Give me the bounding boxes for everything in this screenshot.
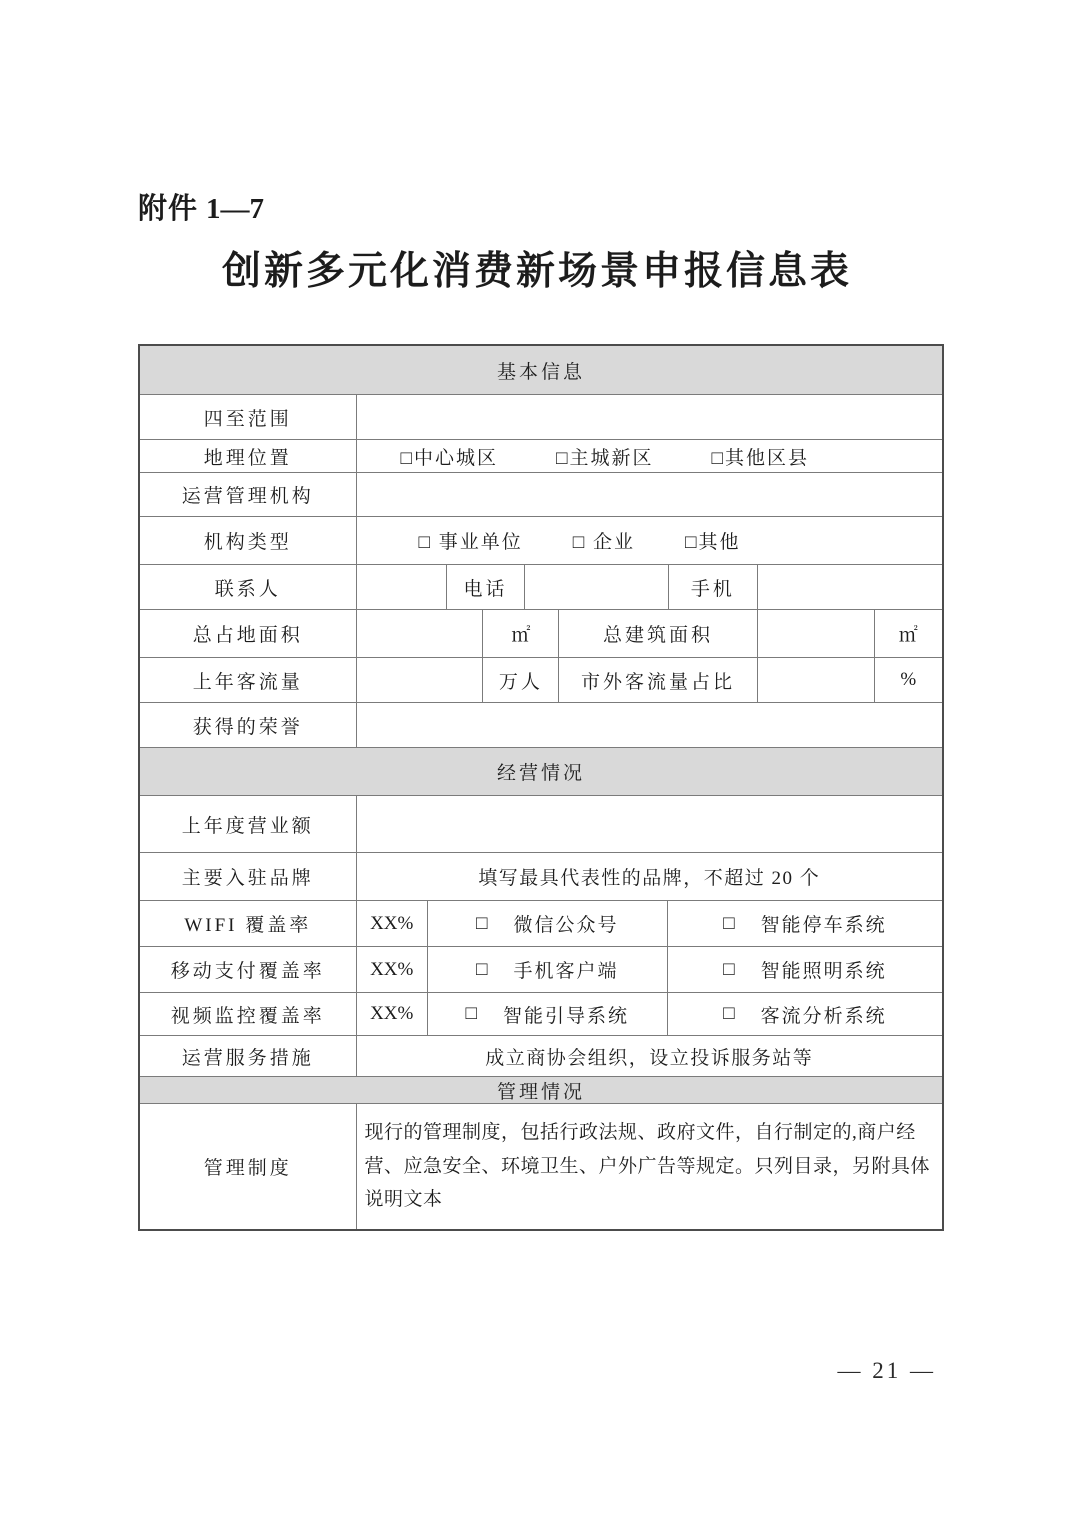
checkbox-smart-parking-system[interactable]: □ 智能停车系统 [668, 901, 942, 946]
mobile-label: 手机 [669, 565, 757, 609]
phone-input[interactable] [525, 565, 669, 609]
outside-ratio-input[interactable] [758, 658, 875, 702]
scope-input[interactable] [357, 395, 942, 439]
building-area-unit: ㎡ [875, 610, 942, 657]
brands-label: 主要入驻品牌 [140, 853, 357, 900]
checkbox-icon: □ [466, 1003, 477, 1025]
document-page: 附件1—7 创新多元化消费新场景申报信息表 基本信息 四至范围 地理位置 □中心… [0, 0, 1074, 1520]
revenue-label: 上年度营业额 [140, 796, 357, 852]
attachment-number: 1—7 [206, 193, 264, 225]
row-section-management: 管理情况 [140, 1077, 942, 1104]
phone-label: 电话 [447, 565, 525, 609]
row-scope: 四至范围 [140, 395, 942, 440]
visitor-analysis-option-label: 客流分析系统 [761, 1001, 887, 1028]
row-section-operation: 经营情况 [140, 748, 942, 796]
row-operating-org: 运营管理机构 [140, 473, 942, 517]
visitor-flow-label: 上年客流量 [140, 658, 357, 702]
row-honors: 获得的荣誉 [140, 703, 942, 748]
wechat-option-label: 微信公众号 [514, 910, 619, 937]
checkbox-public-institution[interactable]: □ 事业单位 [419, 527, 523, 554]
building-area-label: 总建筑面积 [559, 610, 757, 657]
checkbox-mobile-app[interactable]: □ 手机客户端 [428, 947, 668, 992]
row-wifi: WIFI 覆盖率 XX% □ 微信公众号 □ 智能停车系统 [140, 901, 942, 947]
service-measures-label: 运营服务措施 [140, 1036, 357, 1076]
scope-label: 四至范围 [140, 395, 357, 439]
mobile-input[interactable] [758, 565, 942, 609]
page-title: 创新多元化消费新场景申报信息表 [0, 240, 1074, 296]
checkbox-smart-guide-system[interactable]: □ 智能引导系统 [428, 993, 668, 1035]
row-visitor-flow: 上年客流量 万人 市外客流量占比 % [140, 658, 942, 703]
checkbox-icon: □ [723, 959, 734, 981]
row-service-measures: 运营服务措施 成立商协会组织，设立投诉服务站等 [140, 1036, 942, 1077]
checkbox-smart-lighting-system[interactable]: □ 智能照明系统 [668, 947, 942, 992]
section-header-basic: 基本信息 [140, 346, 942, 394]
wifi-coverage-label: WIFI 覆盖率 [140, 901, 357, 946]
management-rules-label: 管理制度 [140, 1104, 357, 1229]
land-area-input[interactable] [357, 610, 484, 657]
smart-guide-option-label: 智能引导系统 [503, 1001, 629, 1028]
checkbox-icon: □ [723, 1003, 734, 1025]
org-type-label: 机构类型 [140, 517, 357, 564]
building-area-input[interactable] [758, 610, 875, 657]
row-mobile-pay: 移动支付覆盖率 XX% □ 手机客户端 □ 智能照明系统 [140, 947, 942, 993]
location-options: □中心城区 □主城新区 □其他区县 [357, 440, 942, 472]
attachment-prefix: 附件 [138, 193, 198, 225]
contact-name-input[interactable] [357, 565, 448, 609]
location-label: 地理位置 [140, 440, 357, 472]
row-section-basic: 基本信息 [140, 346, 942, 395]
checkbox-icon: □ [723, 913, 734, 935]
row-location: 地理位置 □中心城区 □主城新区 □其他区县 [140, 440, 942, 473]
service-measures-input[interactable]: 成立商协会组织，设立投诉服务站等 [357, 1036, 942, 1076]
checkbox-enterprise[interactable]: □ 企业 [573, 527, 635, 554]
mobile-pay-coverage-value[interactable]: XX% [357, 947, 428, 992]
row-land-area: 总占地面积 ㎡ 总建筑面积 ㎡ [140, 610, 942, 658]
checkbox-icon: □ [476, 913, 487, 935]
checkbox-main-city-new-district[interactable]: □主城新区 [556, 443, 653, 470]
section-header-management: 管理情况 [140, 1077, 942, 1103]
smart-parking-option-label: 智能停车系统 [761, 910, 887, 937]
section-header-operation: 经营情况 [140, 748, 942, 795]
smart-lighting-option-label: 智能照明系统 [761, 956, 887, 983]
row-revenue: 上年度营业额 [140, 796, 942, 853]
mobile-app-option-label: 手机客户端 [514, 956, 619, 983]
wifi-coverage-value[interactable]: XX% [357, 901, 428, 946]
row-video-monitor: 视频监控覆盖率 XX% □ 智能引导系统 □ 客流分析系统 [140, 993, 942, 1036]
land-area-label: 总占地面积 [140, 610, 357, 657]
checkbox-visitor-analysis-system[interactable]: □ 客流分析系统 [668, 993, 942, 1035]
row-org-type: 机构类型 □ 事业单位 □ 企业 □其他 [140, 517, 942, 565]
page-number: — 21 — [838, 1358, 937, 1384]
operating-org-input[interactable] [357, 473, 942, 516]
operating-org-label: 运营管理机构 [140, 473, 357, 516]
org-type-options: □ 事业单位 □ 企业 □其他 [357, 517, 942, 564]
video-coverage-value[interactable]: XX% [357, 993, 428, 1035]
checkbox-other-districts[interactable]: □其他区县 [712, 443, 809, 470]
checkbox-icon: □ [476, 959, 487, 981]
attachment-label: 附件1—7 [138, 186, 264, 227]
video-coverage-label: 视频监控覆盖率 [140, 993, 357, 1035]
form-table: 基本信息 四至范围 地理位置 □中心城区 □主城新区 □其他区县 运营管理机构 … [138, 344, 944, 1231]
outside-ratio-label: 市外客流量占比 [559, 658, 757, 702]
land-area-unit: ㎡ [483, 610, 559, 657]
checkbox-wechat-official-account[interactable]: □ 微信公众号 [428, 901, 668, 946]
checkbox-central-city[interactable]: □中心城区 [401, 443, 498, 470]
visitor-flow-unit: 万人 [483, 658, 559, 702]
revenue-input[interactable] [357, 796, 942, 852]
honors-label: 获得的荣誉 [140, 703, 357, 747]
management-rules-input[interactable]: 现行的管理制度，包括行政法规、政府文件，自行制定的,商户经营、应急安全、环境卫生… [357, 1104, 942, 1229]
brands-hint-input[interactable]: 填写最具代表性的品牌，不超过 20 个 [357, 853, 942, 900]
row-brands: 主要入驻品牌 填写最具代表性的品牌，不超过 20 个 [140, 853, 942, 901]
visitor-flow-input[interactable] [357, 658, 484, 702]
contact-label: 联系人 [140, 565, 357, 609]
row-contact: 联系人 电话 手机 [140, 565, 942, 610]
outside-ratio-unit: % [875, 658, 942, 702]
honors-input[interactable] [357, 703, 942, 747]
checkbox-other-org[interactable]: □其他 [685, 527, 740, 554]
row-management-rules: 管理制度 现行的管理制度，包括行政法规、政府文件，自行制定的,商户经营、应急安全… [140, 1104, 942, 1229]
mobile-pay-coverage-label: 移动支付覆盖率 [140, 947, 357, 992]
